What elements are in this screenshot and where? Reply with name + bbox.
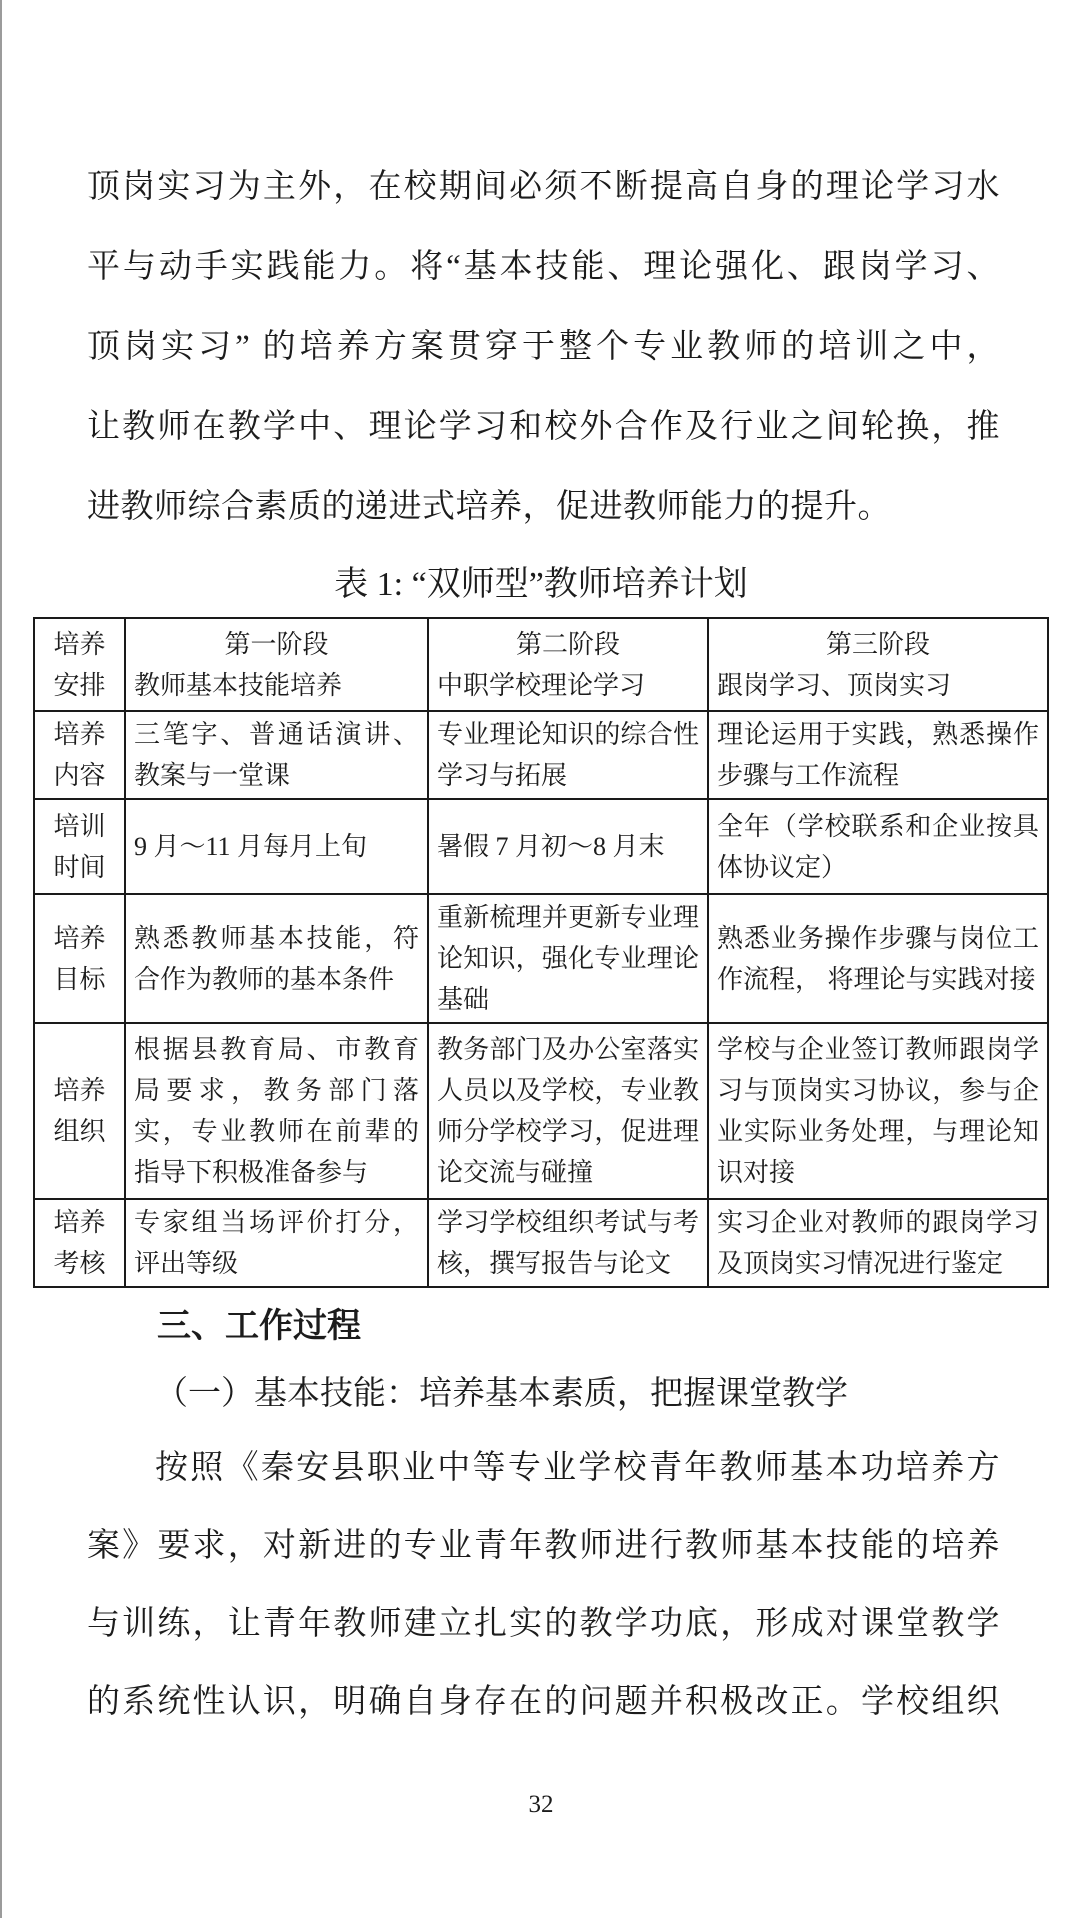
row-label-line: 培养 bbox=[43, 624, 116, 665]
table-row-assessment: 培养 考核 专家组当场评价打分，评出等级 学习学校组织考试与考核，撰写报告与论文… bbox=[34, 1199, 1048, 1287]
paragraph-line: 进教师综合素质的递进式培养，促进教师能力的提升。 bbox=[87, 467, 1000, 547]
row-label-cell: 培养 安排 bbox=[34, 618, 125, 711]
table-row-content: 培养 内容 三笔字、普通话演讲、教案与一堂课 专业理论知识的综合性学习与拓展 理… bbox=[34, 711, 1048, 799]
table-cell: 三笔字、普通话演讲、教案与一堂课 bbox=[125, 711, 428, 799]
row-label-line: 培养 bbox=[43, 1202, 116, 1243]
stage-subtitle: 教师基本技能培养 bbox=[134, 665, 419, 706]
table-cell: 根据县教育局、市教育局要求，教务部门落实，专业教师在前辈的指导下积极准备参与 bbox=[125, 1023, 428, 1199]
document-page: 顶岗实习为主外，在校期间必须不断提高自身的理论学习水 平与动手实践能力。将“基本… bbox=[0, 0, 1080, 1918]
paragraph-line: 平与动手实践能力。将“基本技能、理论强化、跟岗学习、 bbox=[87, 227, 1000, 307]
subsection-heading: （一）基本技能：培养基本素质，把握课堂教学 bbox=[87, 1369, 1000, 1419]
paragraph-line: 顶岗实习为主外，在校期间必须不断提高自身的理论学习水 bbox=[87, 147, 1000, 227]
paragraph-continuation: 顶岗实习为主外，在校期间必须不断提高自身的理论学习水 平与动手实践能力。将“基本… bbox=[87, 147, 1000, 547]
paragraph-line: 与训练，让青年教师建立扎实的教学功底，形成对课堂教学 bbox=[87, 1585, 1000, 1663]
table-cell: 实习企业对教师的跟岗学习及顶岗实习情况进行鉴定 bbox=[708, 1199, 1048, 1287]
row-label-line: 内容 bbox=[43, 755, 116, 796]
stage-title: 第三阶段 bbox=[717, 624, 1039, 665]
row-label-line: 安排 bbox=[43, 665, 116, 706]
table-row-goal: 培养 目标 熟悉教师基本技能，符合作为教师的基本条件 重新梳理并更新专业理论知识… bbox=[34, 894, 1048, 1023]
paragraph-line: 顶岗实习” 的培养方案贯穿于整个专业教师的培训之中， bbox=[87, 307, 1000, 387]
table-cell: 熟悉业务操作步骤与岗位工作流程， 将理论与实践对接 bbox=[708, 894, 1048, 1023]
paragraph-line: 的系统性认识，明确自身存在的问题并积极改正。学校组织 bbox=[87, 1663, 1000, 1741]
row-label-cell: 培养 目标 bbox=[34, 894, 125, 1023]
paragraph-line: 案》要求，对新进的专业青年教师进行教师基本技能的培养 bbox=[87, 1507, 1000, 1585]
table-cell: 理论运用于实践，熟悉操作步骤与工作流程 bbox=[708, 711, 1048, 799]
stage-title: 第二阶段 bbox=[437, 624, 699, 665]
table-cell: 教务部门及办公室落实人员以及学校，专业教师分学校学习，促进理论交流与碰撞 bbox=[428, 1023, 708, 1199]
table-cell: 专业理论知识的综合性学习与拓展 bbox=[428, 711, 708, 799]
table-header-row: 培养 安排 第一阶段 教师基本技能培养 第二阶段 中职学校理论学习 第三阶段 跟… bbox=[34, 618, 1048, 711]
row-label-line: 培养 bbox=[43, 1070, 116, 1111]
table-cell: 9 月～11 月每月上旬 bbox=[125, 799, 428, 894]
row-label-line: 组织 bbox=[43, 1111, 116, 1152]
row-label-line: 培养 bbox=[43, 918, 116, 959]
table-cell: 学校与企业签订教师跟岗学习与顶岗实习协议，参与企业实际业务处理，与理论知识对接 bbox=[708, 1023, 1048, 1199]
row-label-line: 培养 bbox=[43, 714, 116, 755]
table-cell: 重新梳理并更新专业理论知识，强化专业理论基础 bbox=[428, 894, 708, 1023]
table-row-organization: 培养 组织 根据县教育局、市教育局要求，教务部门落实，专业教师在前辈的指导下积极… bbox=[34, 1023, 1048, 1199]
stage2-header-cell: 第二阶段 中职学校理论学习 bbox=[428, 618, 708, 711]
table-caption: 表 1: “双师型”教师培养计划 bbox=[2, 555, 1080, 615]
paragraph-basic-skills: 按照《秦安县职业中等专业学校青年教师基本功培养方 案》要求，对新进的专业青年教师… bbox=[87, 1429, 1000, 1741]
paragraph-line: 让教师在教学中、理论学习和校外合作及行业之间轮换，推 bbox=[87, 387, 1000, 467]
page-number: 32 bbox=[2, 1789, 1080, 1821]
table-row-time: 培训 时间 9 月～11 月每月上旬 暑假 7 月初～8 月末 全年（学校联系和… bbox=[34, 799, 1048, 894]
row-label-line: 目标 bbox=[43, 959, 116, 1000]
stage-subtitle: 跟岗学习、顶岗实习 bbox=[717, 665, 1039, 706]
row-label-cell: 培养 考核 bbox=[34, 1199, 125, 1287]
row-label-cell: 培训 时间 bbox=[34, 799, 125, 894]
table-cell: 专家组当场评价打分，评出等级 bbox=[125, 1199, 428, 1287]
row-label-line: 时间 bbox=[43, 847, 116, 888]
table-cell: 学习学校组织考试与考核，撰写报告与论文 bbox=[428, 1199, 708, 1287]
training-plan-table: 培养 安排 第一阶段 教师基本技能培养 第二阶段 中职学校理论学习 第三阶段 跟… bbox=[33, 617, 1049, 1288]
stage1-header-cell: 第一阶段 教师基本技能培养 bbox=[125, 618, 428, 711]
row-label-cell: 培养 组织 bbox=[34, 1023, 125, 1199]
stage-subtitle: 中职学校理论学习 bbox=[437, 665, 699, 706]
row-label-line: 培训 bbox=[43, 806, 116, 847]
paragraph-line: 按照《秦安县职业中等专业学校青年教师基本功培养方 bbox=[87, 1429, 1000, 1507]
stage-title: 第一阶段 bbox=[134, 624, 419, 665]
stage3-header-cell: 第三阶段 跟岗学习、顶岗实习 bbox=[708, 618, 1048, 711]
row-label-cell: 培养 内容 bbox=[34, 711, 125, 799]
table-cell: 全年（学校联系和企业按具体协议定） bbox=[708, 799, 1048, 894]
section-heading: 三、工作过程 bbox=[87, 1301, 1000, 1351]
table-cell: 暑假 7 月初～8 月末 bbox=[428, 799, 708, 894]
table-cell: 熟悉教师基本技能，符合作为教师的基本条件 bbox=[125, 894, 428, 1023]
row-label-line: 考核 bbox=[43, 1243, 116, 1284]
